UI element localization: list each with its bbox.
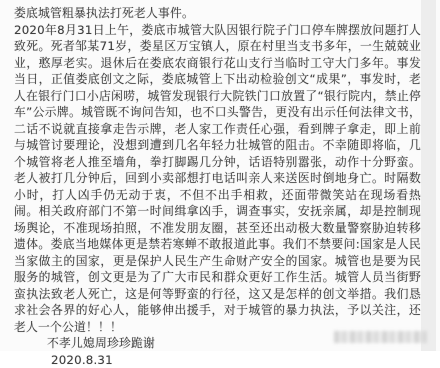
- document-text: 娄底城管粗暴执法打死老人事件。 2020年8月31日上午，娄底市城管大队因银行院…: [14, 5, 421, 351]
- document-body-paragraph: 2020年8月31日上午，娄底市城管大队因银行院子门口停车牌摆放问题打人致死。死…: [14, 22, 421, 336]
- document-page: 娄底城管粗暴执法打死老人事件。 2020年8月31日上午，娄底市城管大队因银行院…: [0, 0, 440, 351]
- redacted-watermark: [334, 331, 427, 343]
- page-edge-shadow: [421, 0, 436, 351]
- document-title: 娄底城管粗暴执法打死老人事件。: [14, 5, 421, 22]
